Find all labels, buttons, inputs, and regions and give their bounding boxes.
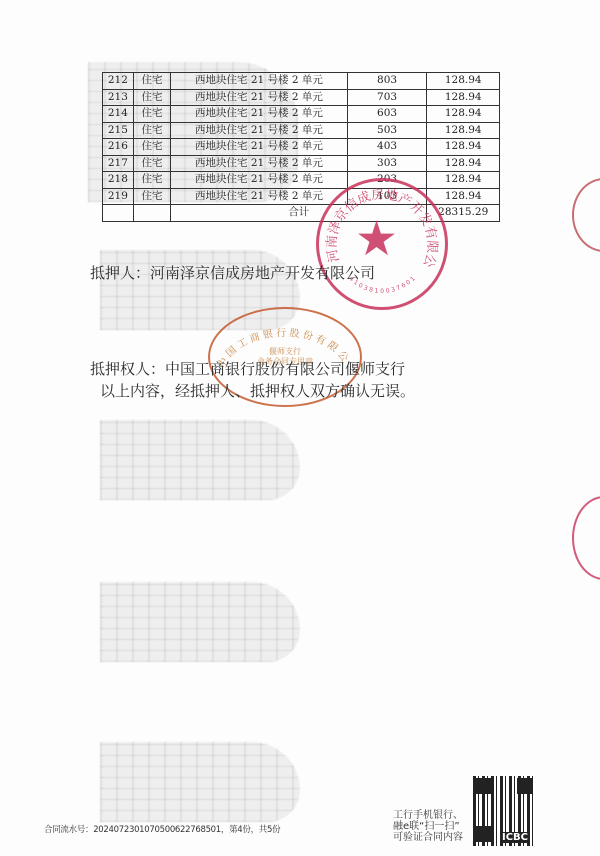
row-room: 303 xyxy=(347,155,427,172)
edge-seal-fragment xyxy=(572,496,600,580)
row-location: 西地块住宅 21 号楼 2 单元 xyxy=(171,106,347,123)
mortgagee-line: 抵押权人：中国工商银行股份有限公司偃师支行 xyxy=(90,358,405,379)
bleed-through-table-ghost xyxy=(100,582,300,662)
row-area: 128.94 xyxy=(427,155,500,172)
row-location: 西地块住宅 21 号楼 2 单元 xyxy=(171,122,347,139)
row-id: 213 xyxy=(103,89,134,106)
row-area: 128.94 xyxy=(427,73,500,90)
document-page: 212住宅西地块住宅 21 号楼 2 单元803128.94213住宅西地块住宅… xyxy=(0,0,600,856)
row-type: 住宅 xyxy=(133,155,170,172)
row-type: 住宅 xyxy=(133,188,170,205)
mortgagor-line: 抵押人：河南泽京信成房地产开发有限公司 xyxy=(90,262,375,283)
row-area: 128.94 xyxy=(427,122,500,139)
table-row: 216住宅西地块住宅 21 号楼 2 单元403128.94 xyxy=(103,139,500,156)
table-row: 217住宅西地块住宅 21 号楼 2 单元303128.94 xyxy=(103,155,500,172)
row-area: 128.94 xyxy=(427,106,500,123)
row-room: 703 xyxy=(347,89,427,106)
mortgagor-label: 抵押人： xyxy=(90,264,150,282)
row-id: 219 xyxy=(103,188,134,205)
row-location: 西地块住宅 21 号楼 2 单元 xyxy=(171,73,347,90)
table-row: 215住宅西地块住宅 21 号楼 2 单元503128.94 xyxy=(103,122,500,139)
table-row: 212住宅西地块住宅 21 号楼 2 单元803128.94 xyxy=(103,73,500,90)
company-seal: ★ 河南泽京信成房地产开发有限公司 4103810037601 xyxy=(316,178,448,310)
qr-caption-line: 融e联“扫一扫” xyxy=(393,821,463,832)
row-type: 住宅 xyxy=(133,73,170,90)
qr-caption-line: 可验证合同内容 xyxy=(393,832,463,843)
row-id: 218 xyxy=(103,172,134,189)
row-room: 603 xyxy=(347,106,427,123)
row-area: 128.94 xyxy=(427,139,500,156)
row-location: 西地块住宅 21 号楼 2 单元 xyxy=(171,139,347,156)
edge-seal-fragment xyxy=(572,178,600,252)
row-type: 住宅 xyxy=(133,172,170,189)
row-id: 214 xyxy=(103,106,134,123)
qr-caption-line: 工行手机银行、 xyxy=(393,810,463,821)
row-type: 住宅 xyxy=(133,106,170,123)
row-id: 216 xyxy=(103,139,134,156)
mortgagee-label: 抵押权人： xyxy=(90,360,165,378)
mortgagee-name: 中国工商银行股份有限公司偃师支行 xyxy=(165,360,405,378)
svg-text:河南泽京信成房地产开发有限公司: 河南泽京信成房地产开发有限公司 xyxy=(319,181,439,269)
row-location: 西地块住宅 21 号楼 2 单元 xyxy=(171,155,347,172)
row-area: 128.94 xyxy=(427,89,500,106)
row-type: 住宅 xyxy=(133,89,170,106)
contract-serial: 合同流水号：2024072301070500622768501，第4份，共5份 xyxy=(44,823,280,835)
row-id: 215 xyxy=(103,122,134,139)
confirmation-text: 以上内容，经抵押人、抵押权人双方确认无误。 xyxy=(100,380,415,401)
row-id: 212 xyxy=(103,73,134,90)
row-room: 403 xyxy=(347,139,427,156)
table-row: 213住宅西地块住宅 21 号楼 2 单元703128.94 xyxy=(103,89,500,106)
company-seal-ring-text: 河南泽京信成房地产开发有限公司 4103810037601 xyxy=(319,181,445,307)
row-location: 西地块住宅 21 号楼 2 单元 xyxy=(171,89,347,106)
row-type: 住宅 xyxy=(133,122,170,139)
mortgagor-name: 河南泽京信成房地产开发有限公司 xyxy=(150,264,375,282)
bank-seal-branch: 偃师支行 xyxy=(210,347,360,357)
row-id: 217 xyxy=(103,155,134,172)
row-room: 503 xyxy=(347,122,427,139)
bleed-through-table-ghost xyxy=(100,420,300,500)
table-row: 214住宅西地块住宅 21 号楼 2 单元603128.94 xyxy=(103,106,500,123)
row-room: 803 xyxy=(347,73,427,90)
bleed-through-table-ghost xyxy=(100,742,300,822)
icbc-logo: ICBC xyxy=(500,832,530,843)
row-type: 住宅 xyxy=(133,139,170,156)
qr-caption: 工行手机银行、 融e联“扫一扫” 可验证合同内容 xyxy=(393,810,463,843)
